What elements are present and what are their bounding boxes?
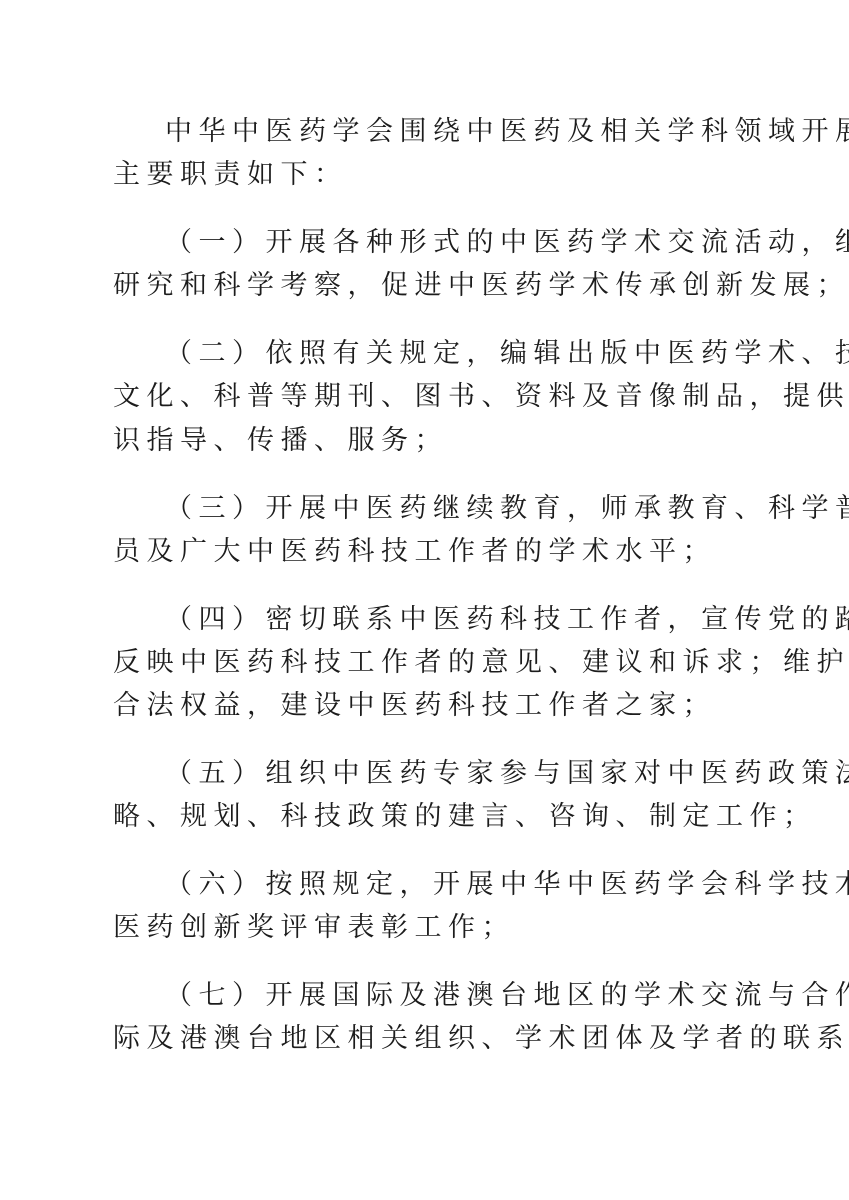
paragraph-item-4-line-2: 反映中医药科技工作者的意见、建议和诉求；维护科技工作者的 (113, 643, 753, 683)
paragraph-item-3-line-2: 员及广大中医药科技工作者的学术水平； (113, 532, 753, 572)
paragraph-item-4-line-3: 合法权益，建设中医药科技工作者之家； (113, 686, 753, 726)
paragraph-item-5-line-2: 略、规划、科技政策的建言、咨询、制定工作； (113, 797, 753, 837)
paragraph-item-2-line-2: 文化、科普等期刊、图书、资料及音像制品，提供中医药科技知 (113, 377, 753, 417)
paragraph-intro-line-1: 中华中医药学会围绕中医药及相关学科领域开展业务活动， (165, 112, 753, 152)
paragraph-item-2-line-3: 识指导、传播、服务； (113, 421, 753, 461)
document-page: 中华中医药学会围绕中医药及相关学科领域开展业务活动， 主要职责如下： （一）开展… (0, 0, 849, 1200)
paragraph-item-1-line-1: （一）开展各种形式的中医药学术交流活动，组织重点课题 (165, 223, 753, 263)
paragraph-item-7-line-2: 际及港澳台地区相关组织、学术团体及学者的联系，促进国际中 (113, 1019, 753, 1059)
paragraph-item-3-line-1: （三）开展中医药继续教育，师承教育、科学普及，提高会 (165, 489, 753, 529)
paragraph-item-1-line-2: 研究和科学考察，促进中医药学术传承创新发展； (113, 266, 753, 306)
paragraph-item-6-line-1: （六）按照规定，开展中华中医药学会科学技术奖、李时珍 (165, 865, 753, 905)
paragraph-item-2-line-1: （二）依照有关规定，编辑出版中医药学术、技术、信息、 (165, 334, 753, 374)
paragraph-item-4-line-1: （四）密切联系中医药科技工作者，宣传党的路线方针政策， (165, 600, 753, 640)
paragraph-item-6-line-2: 医药创新奖评审表彰工作； (113, 908, 753, 948)
paragraph-intro-line-2: 主要职责如下： (113, 155, 753, 195)
paragraph-item-5-line-1: （五）组织中医药专家参与国家对中医药政策法规、发展战 (165, 754, 753, 794)
paragraph-item-7-line-1: （七）开展国际及港澳台地区的学术交流与合作，加强同国 (165, 976, 753, 1016)
